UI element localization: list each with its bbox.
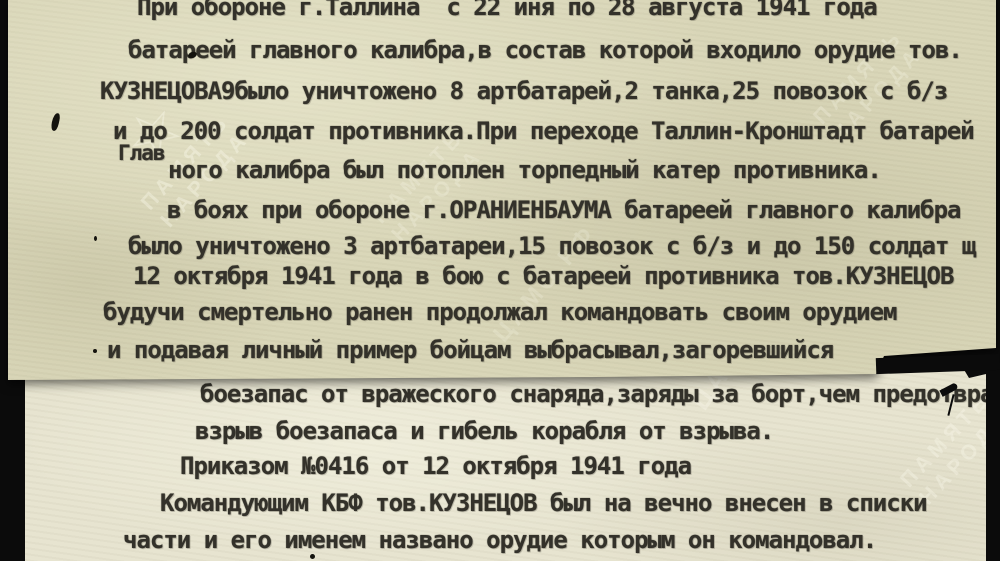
ink-speck — [94, 236, 97, 241]
text-line-10: и подавая личный пример бойцам выбрасыва… — [107, 336, 833, 364]
text-line-16: части и его именем названо орудие которы… — [123, 526, 876, 554]
text-line-4: и до 200 солдат противника.При переходе … — [113, 117, 974, 145]
text-line-1: При обороне г.Таллина с 22 иня по 28 авг… — [137, 0, 877, 21]
ink-speck — [310, 554, 315, 559]
paper-sheet-top: ☆ ПАМЯТЬ НАРОДА ПАМЯТЬ НАРОДА ПАМЯТЬ НАР… — [8, 0, 996, 380]
ink-speck — [50, 112, 61, 131]
watermark-text: НАРОДА — [914, 405, 1000, 511]
ink-speck — [93, 349, 97, 353]
text-line-2: батареей главного калибра,в состав котор… — [128, 36, 962, 64]
text-line-5: ного калибра был потоплен торпедный кате… — [168, 156, 881, 184]
text-line-3: КУЗНЕЦОВА9было уничтожено 8 артбатарей,2… — [100, 77, 947, 105]
paper-sheet-top-surface: ☆ ПАМЯТЬ НАРОДА ПАМЯТЬ НАРОДА ПАМЯТЬ НАР… — [8, 0, 996, 380]
text-line-12: боезапас от вражеского снаряда,заряды за… — [200, 380, 1000, 408]
text-line-13: взрыв боезапаса и гибель корабля от взры… — [195, 417, 773, 445]
text-line-7: было уничтожено 3 артбатареи,15 повозок … — [128, 232, 975, 260]
text-line-6: в боях при обороне г.ОРАНИЕНБАУМА батаре… — [167, 196, 961, 224]
text-line-8: 12 октября 1941 года в бою с батареей пр… — [133, 262, 953, 290]
paper-sheet-bottom: ЦАМО.РФ ПАМЯТЬ НАРОДА боезапас от вражес… — [25, 368, 986, 561]
text-line-5-superscript: Глав — [118, 139, 165, 167]
text-line-15: Командующим КБФ тов.КУЗНЕЦОВ был на вечн… — [160, 489, 927, 517]
text-line-14: Приказом №0416 от 12 октября 1941 года — [180, 452, 691, 480]
scanned-document: ЦАМО.РФ ПАМЯТЬ НАРОДА боезапас от вражес… — [0, 0, 1000, 561]
text-line-9: будучи смертельно ранен продолжал команд… — [103, 298, 897, 326]
